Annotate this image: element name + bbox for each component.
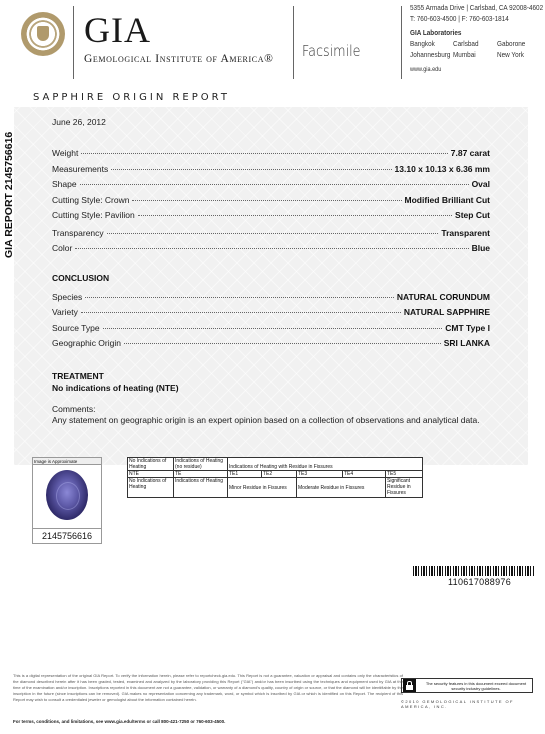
detail-label: Transparency (52, 228, 104, 238)
facsimile-label: Facsimile (302, 42, 361, 60)
treatment-result: No indications of heating (NTE) (52, 383, 179, 393)
detail-value: Oval (472, 179, 490, 189)
lab-location: Carlsbad (453, 39, 479, 48)
table-cell: Indications of Heating with Residue in F… (228, 458, 423, 471)
terms-text: For terms, conditions, and limitations, … (13, 719, 225, 724)
dot-leader (132, 200, 401, 201)
header-divider (293, 6, 294, 79)
detail-label: Weight (52, 148, 78, 158)
barcode (413, 566, 535, 576)
address-line: 5355 Armada Drive | Carlsbad, CA 92008-4… (410, 3, 543, 12)
dot-leader (81, 153, 447, 154)
detail-label: Cutting Style: Pavilion (52, 210, 135, 220)
lock-icon (403, 679, 416, 692)
report-date: June 26, 2012 (52, 117, 106, 127)
table-cell: Indications of Heating (174, 478, 228, 498)
detail-value: Step Cut (455, 210, 490, 220)
table-cell: No Indications of Heating (128, 478, 174, 498)
conclusion-heading: CONCLUSION (52, 273, 109, 283)
treatment-key-table: No Indications of Heating Indications of… (127, 457, 423, 498)
side-report-id: GIA REPORT 2145756616 (3, 132, 15, 258)
detail-row: ShapeOval (52, 179, 490, 189)
detail-label: Measurements (52, 164, 108, 174)
conclusion-value: CMT Type I (445, 323, 490, 333)
detail-value: Transparent (441, 228, 490, 238)
table-cell: No Indications of Heating (128, 458, 174, 471)
detail-value: 13.10 x 10.13 x 6.36 mm (395, 164, 490, 174)
comments-text: Any statement on geographic origin is an… (52, 415, 480, 425)
lab-location: Johannesburg (410, 50, 450, 59)
gem-image-box: Image is Approximate 2145756616 (32, 457, 102, 544)
table-cell: Indications of Heating (no residue) (174, 458, 228, 471)
lab-location: Gaborone (497, 39, 525, 48)
lab-location: New York (497, 50, 524, 59)
detail-label: Color (52, 243, 72, 253)
sapphire-image (46, 470, 88, 520)
detail-row: ColorBlue (52, 243, 490, 253)
detail-row: Cutting Style: PavilionStep Cut (52, 210, 490, 220)
conclusion-label: Variety (52, 307, 78, 317)
table-cell: NTE (128, 471, 174, 478)
conclusion-value: NATURAL SAPPHIRE (404, 307, 490, 317)
header-divider (73, 6, 74, 79)
dot-leader (103, 328, 443, 329)
conclusion-row: Source TypeCMT Type I (52, 323, 490, 333)
gia-seal-logo (21, 12, 65, 56)
image-report-number: 2145756616 (33, 528, 101, 543)
report-title: SAPPHIRE ORIGIN REPORT (33, 92, 230, 103)
dot-leader (111, 169, 391, 170)
detail-value: 7.87 carat (451, 148, 490, 158)
detail-row: Weight7.87 carat (52, 148, 490, 158)
header-divider (401, 6, 402, 79)
security-text: The security features in this document e… (420, 681, 532, 691)
dot-leader (124, 343, 441, 344)
barcode-number: 110617088976 (448, 577, 511, 587)
table-cell: Significant Residue in Fissures (386, 478, 423, 498)
detail-value: Blue (472, 243, 490, 253)
conclusion-row: VarietyNATURAL SAPPHIRE (52, 307, 490, 317)
dot-leader (85, 297, 394, 298)
detail-label: Cutting Style: Crown (52, 195, 129, 205)
table-cell: TE2 (262, 471, 297, 478)
comments-label: Comments: (52, 404, 95, 414)
copyright: ©2010 GEMOLOGICAL INSTITUTE OF AMERICA, … (401, 699, 545, 709)
conclusion-label: Species (52, 292, 82, 302)
table-cell: Minor Residue in Fissures (228, 478, 297, 498)
phone-line: T: 760-603-4500 | F: 760-603-1814 (410, 14, 509, 23)
detail-label: Shape (52, 179, 77, 189)
table-cell: TE5 (386, 471, 423, 478)
conclusion-row: SpeciesNATURAL CORUNDUM (52, 292, 490, 302)
image-caption: Image is Approximate (33, 458, 101, 465)
gia-logo-text: GIA (84, 12, 151, 48)
dot-leader (80, 184, 469, 185)
conclusion-row: Geographic OriginSRI LANKA (52, 338, 490, 348)
labs-title: GIA Laboratories (410, 28, 461, 37)
disclaimer-text: This is a digital representation of the … (13, 673, 403, 703)
table-cell: TE3 (297, 471, 343, 478)
conclusion-label: Source Type (52, 323, 100, 333)
dot-leader (81, 312, 401, 313)
dot-leader (138, 215, 452, 216)
conclusion-label: Geographic Origin (52, 338, 121, 348)
conclusion-value: NATURAL CORUNDUM (397, 292, 490, 302)
table-cell: TE (174, 471, 228, 478)
detail-row: TransparencyTransparent (52, 228, 490, 238)
conclusion-value: SRI LANKA (444, 338, 490, 348)
dot-leader (107, 233, 439, 234)
treatment-heading: TREATMENT (52, 371, 104, 381)
detail-row: Measurements13.10 x 10.13 x 6.36 mm (52, 164, 490, 174)
detail-value: Modified Brilliant Cut (405, 195, 490, 205)
dot-leader (75, 248, 468, 249)
lab-location: Mumbai (453, 50, 476, 59)
website-link[interactable]: www.gia.edu (410, 66, 441, 73)
detail-row: Cutting Style: CrownModified Brilliant C… (52, 195, 490, 205)
security-notice: The security features in this document e… (401, 678, 533, 693)
table-cell: Moderate Residue in Fissures (297, 478, 386, 498)
table-cell: TE1 (228, 471, 262, 478)
institute-name: Gemological Institute of America® (84, 53, 273, 65)
lab-location: Bangkok (410, 39, 435, 48)
table-cell: TE4 (343, 471, 386, 478)
